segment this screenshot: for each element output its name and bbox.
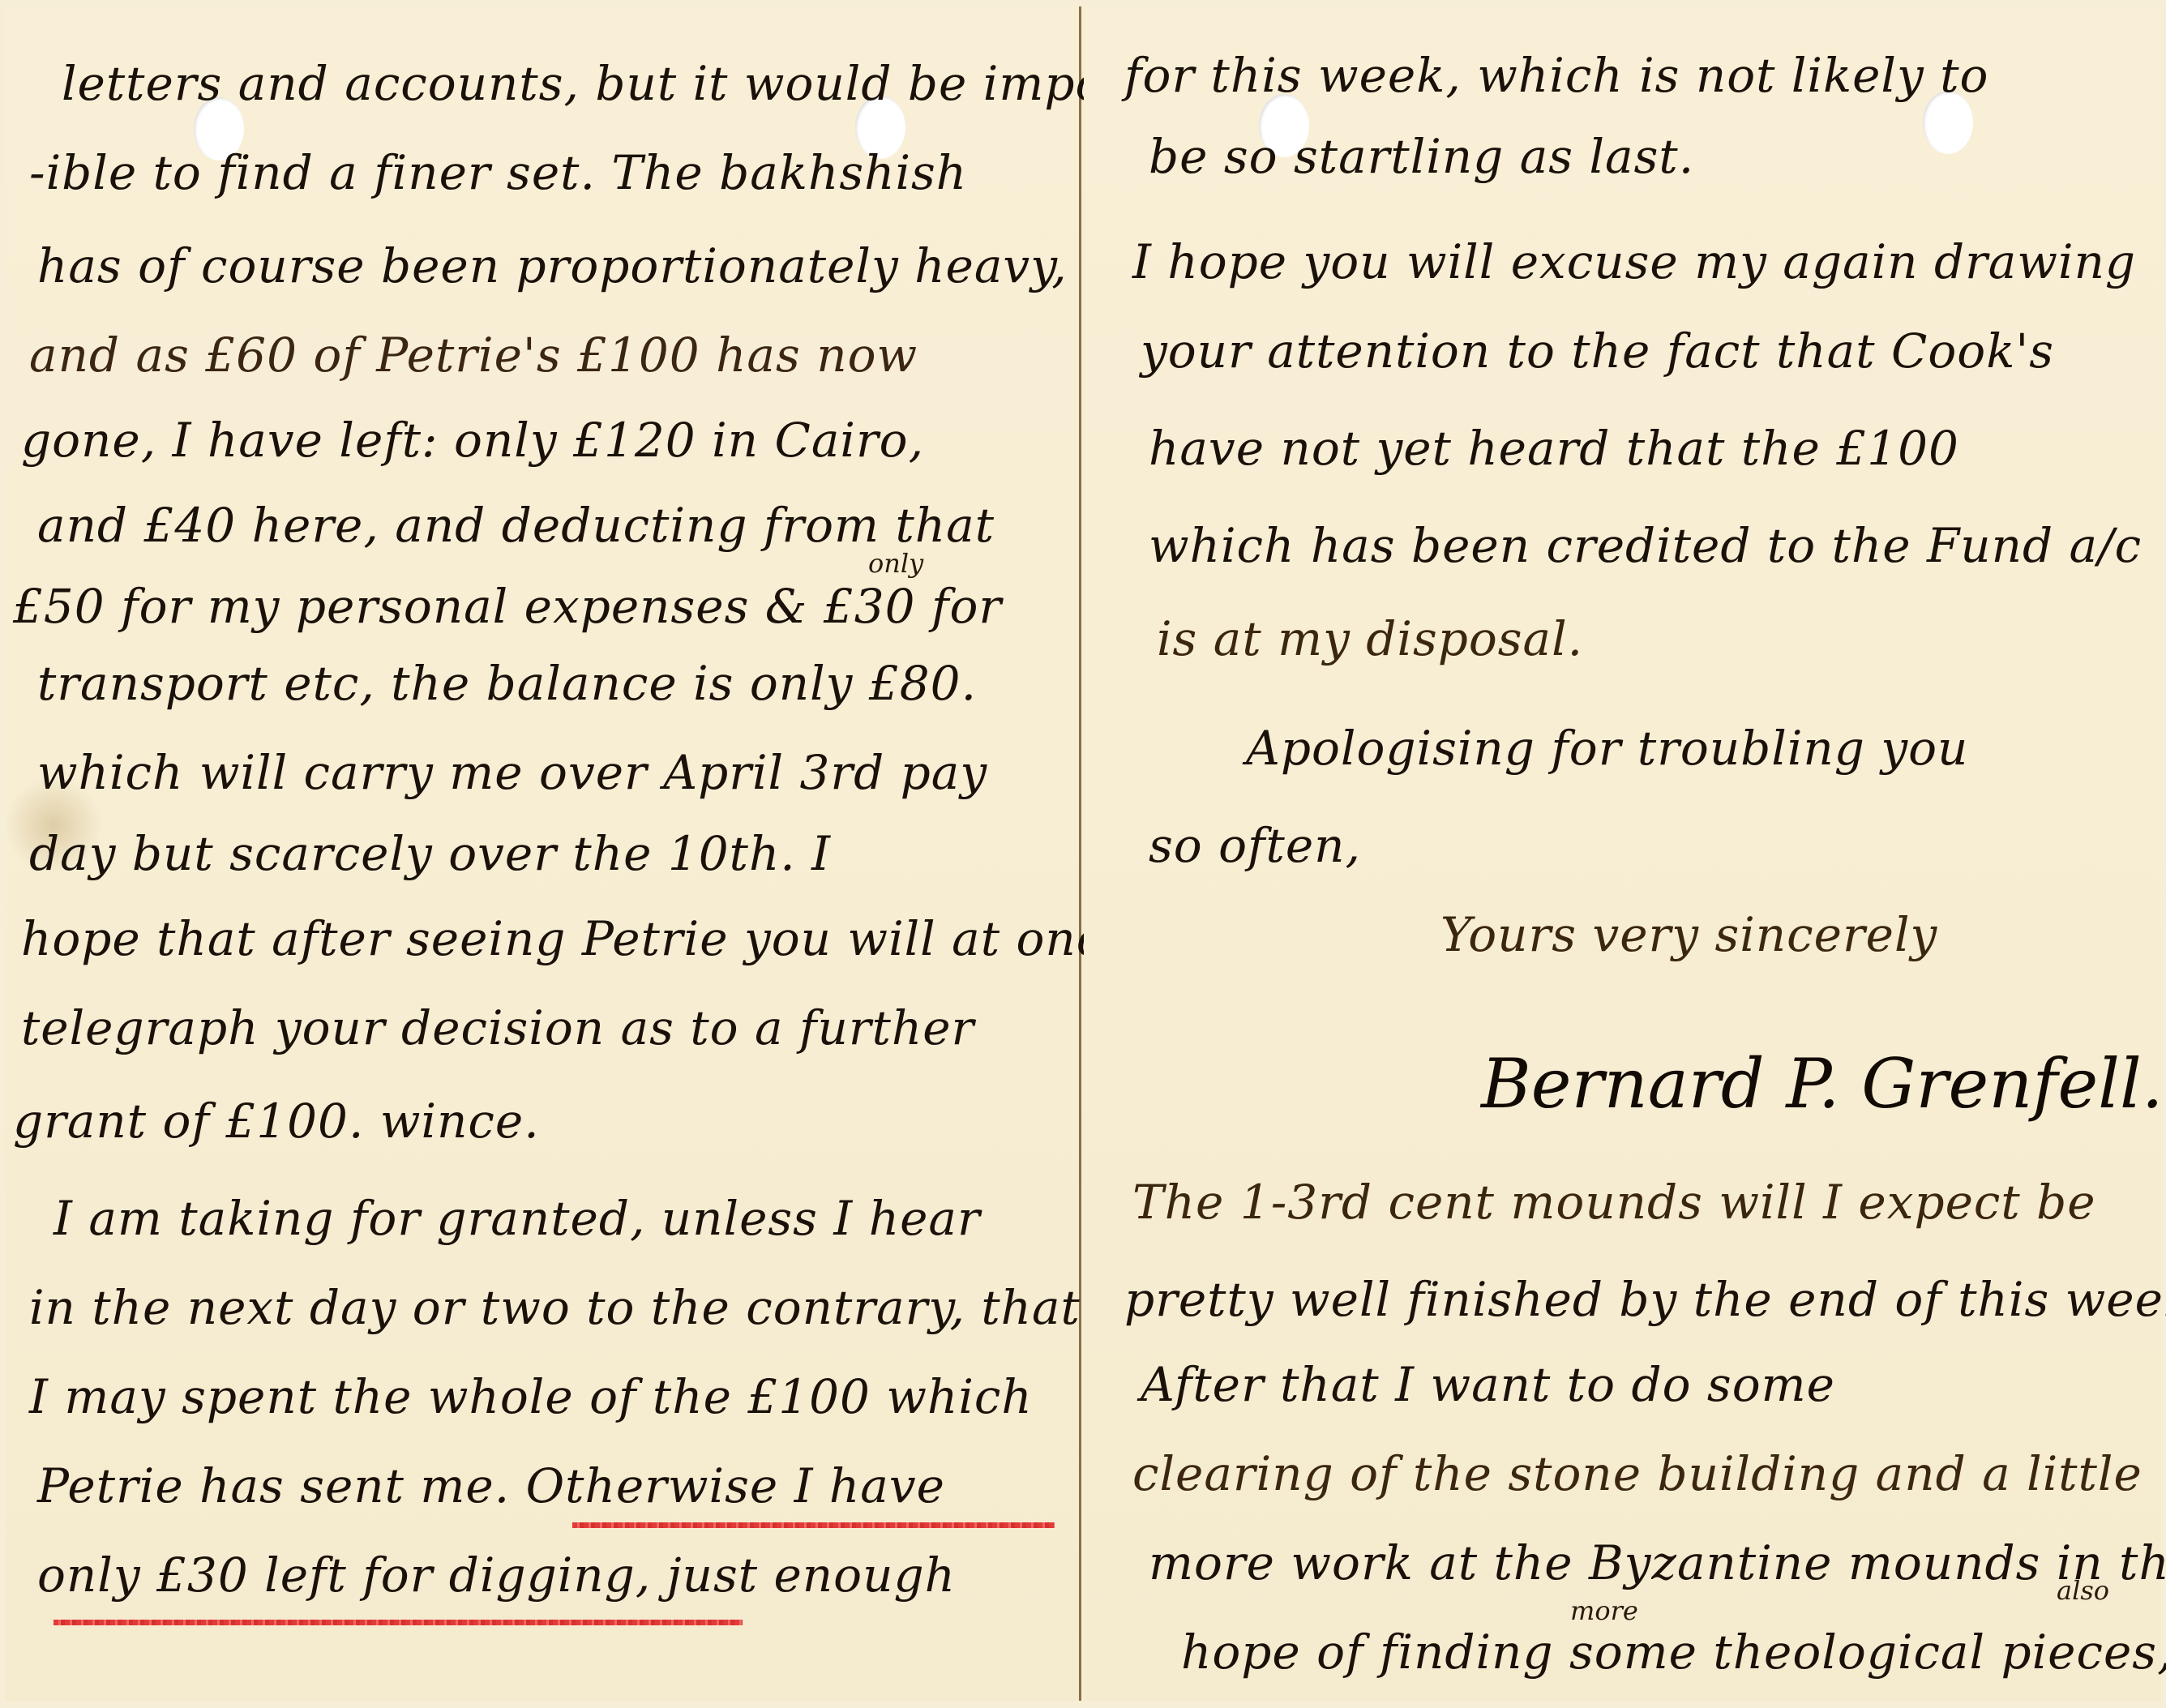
letter-line: I hope you will excuse my again drawing [1132,233,2136,290]
letter-line: hope of finding some theological pieces,… [1181,1624,2166,1680]
letter-line: -ible to find a finer set. The bakhshish [29,144,967,201]
letter-line: I may spent the whole of the £100 which [29,1368,1033,1425]
closing: Yours very sincerely [1440,906,1937,963]
letter-line: and £40 here, and deducting from that [37,497,995,554]
letter-line: After that I want to do some [1141,1356,1835,1413]
letter-line: I am taking for granted, unless I hear [54,1190,981,1247]
letter-line: telegraph your decision as to a further [21,1000,974,1056]
letter-line: in the next day or two to the contrary, … [29,1279,1081,1336]
letter-line: is at my disposal. [1157,610,1583,667]
signature: Bernard P. Grenfell. [1481,1044,2164,1124]
letter-line: Apologising for troubling you [1246,720,1968,777]
left-page: letters and accounts, but it would be im… [5,6,1081,1701]
red-underline [572,1522,1055,1528]
letter-sheet: letters and accounts, but it would be im… [0,0,2166,1708]
letter-line: letters and accounts, but it would be im… [62,55,1146,112]
letter-line: more work at the Byzantine mounds in the [1149,1535,2166,1591]
red-underline [54,1620,743,1625]
letter-line: only £30 left for digging, just enough [37,1547,956,1603]
insertion-only: only [868,548,923,579]
insertion-also: also [2057,1575,2109,1606]
right-page: for this week, which is not likely to be… [1084,6,2161,1701]
letter-line: pretty well finished by the end of this … [1124,1271,2166,1328]
letter-line: The 1-3rd cent mounds will I expect be [1132,1174,2096,1231]
letter-line: clearing of the stone building and a lit… [1132,1445,2142,1502]
letter-line: which will carry me over April 3rd pay [37,744,987,801]
letter-line: which has been credited to the Fund a/c [1149,517,2142,574]
letter-line: transport etc, the balance is only £80. [37,655,977,712]
letter-line: so often, [1149,817,1361,874]
letter-line: Petrie has sent me. Otherwise I have [37,1458,945,1514]
letter-line: your attention to the fact that Cook's [1141,323,2054,379]
insertion-more: more [1570,1595,1638,1626]
letter-line: grant of £100. wince. [13,1093,540,1149]
letter-line: be so startling as last. [1149,128,1694,185]
letter-line: £50 for my personal expenses & £30 for [13,578,1002,635]
letter-line: gone, I have left: only £120 in Cairo, [21,412,924,469]
letter-line: day but scarcely over the 10th. I [29,825,831,882]
letter-line: and as £60 of Petrie's £100 has now [29,327,918,383]
letter-line: hope that after seeing Petrie you will a… [21,910,1132,967]
letter-line: have not yet heard that the £100 [1149,420,1959,477]
letter-line: has of course been proportionately heavy… [37,238,1068,294]
letter-line: for this week, which is not likely to [1124,47,1988,104]
